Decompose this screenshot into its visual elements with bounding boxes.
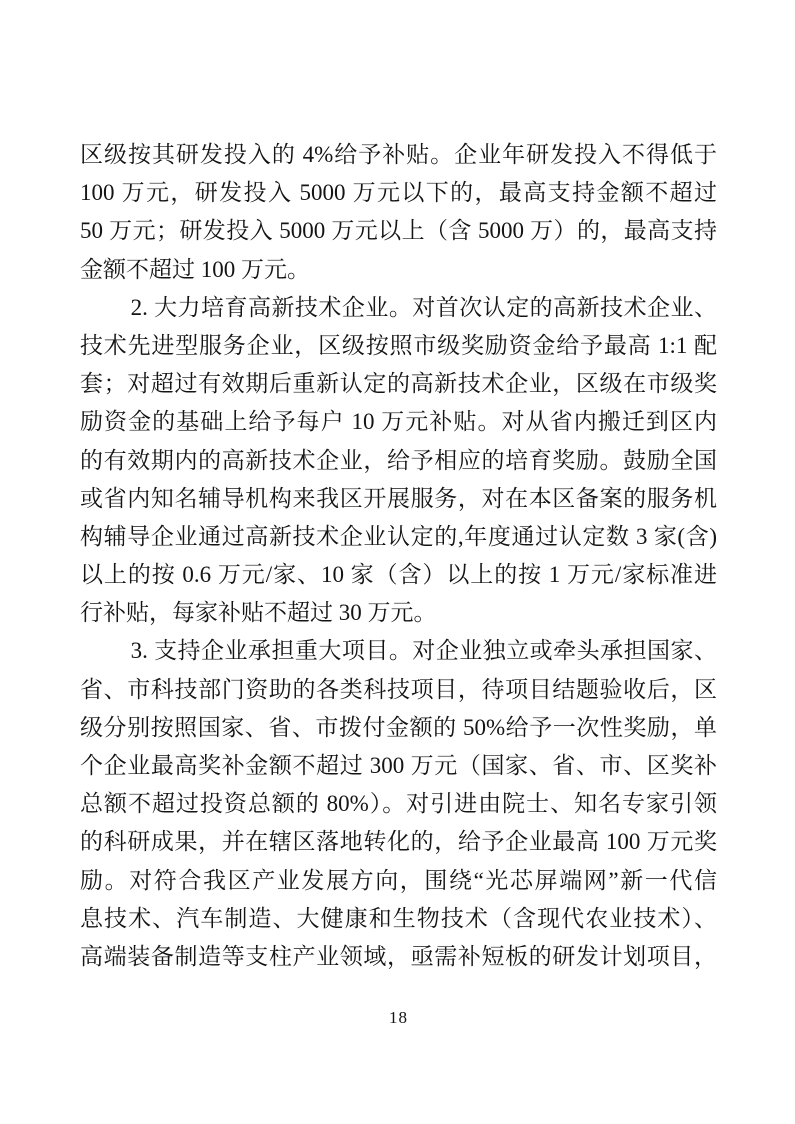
- document-body: 区级按其研发投入的 4%给予补贴。企业年研发投入不得低于 100 万元，研发投入…: [80, 136, 717, 976]
- text-line: 励。对符合我区产业发展方向，围绕“光芯屏端网”新一代信: [80, 862, 717, 900]
- paragraph: 3. 支持企业承担重大项目。对企业独立或牵头承担国家、 省、市科技部门资助的各类…: [80, 632, 717, 976]
- text-line: 以上的按 0.6 万元/家、10 家（含）以上的按 1 万元/家标准进: [80, 556, 717, 594]
- text-line: 3. 支持企业承担重大项目。对企业独立或牵头承担国家、: [80, 632, 717, 670]
- text-line: 高端装备制造等支柱产业领域，亟需补短板的研发计划项目，: [80, 938, 717, 976]
- text-line: 2. 大力培育高新技术企业。对首次认定的高新技术企业、: [80, 289, 717, 327]
- text-line: 50 万元；研发投入 5000 万元以上（含 5000 万）的，最高支持: [80, 212, 717, 250]
- text-line: 个企业最高奖补金额不超过 300 万元（国家、省、市、区奖补: [80, 747, 717, 785]
- text-line: 级分别按照国家、省、市拨付金额的 50%给予一次性奖励，单: [80, 709, 717, 747]
- text-line: 的有效期内的高新技术企业，给予相应的培育奖励。鼓励全国: [80, 442, 717, 480]
- text-line: 的科研成果，并在辖区落地转化的，给予企业最高 100 万元奖: [80, 823, 717, 861]
- text-line: 息技术、汽车制造、大健康和生物技术（含现代农业技术）、: [80, 900, 717, 938]
- paragraph: 2. 大力培育高新技术企业。对首次认定的高新技术企业、 技术先进型服务企业，区级…: [80, 289, 717, 633]
- document-page: 区级按其研发投入的 4%给予补贴。企业年研发投入不得低于 100 万元，研发投入…: [0, 0, 795, 1124]
- text-line: 省、市科技部门资助的各类科技项目，待项目结题验收后，区: [80, 671, 717, 709]
- text-line: 金额不超过 100 万元。: [80, 251, 717, 289]
- page-number: 18: [80, 1008, 717, 1028]
- text-line: 励资金的基础上给予每户 10 万元补贴。对从省内搬迁到区内: [80, 403, 717, 441]
- text-line: 技术先进型服务企业，区级按照市级奖励资金给予最高 1:1 配: [80, 327, 717, 365]
- text-line: 构辅导企业通过高新技术企业认定的,年度通过认定数 3 家(含): [80, 518, 717, 556]
- text-line: 行补贴，每家补贴不超过 30 万元。: [80, 594, 717, 632]
- text-line: 100 万元，研发投入 5000 万元以下的，最高支持金额不超过: [80, 174, 717, 212]
- text-line: 总额不超过投资总额的 80%）。对引进由院士、知名专家引领: [80, 785, 717, 823]
- text-line: 或省内知名辅导机构来我区开展服务，对在本区备案的服务机: [80, 480, 717, 518]
- paragraph: 区级按其研发投入的 4%给予补贴。企业年研发投入不得低于 100 万元，研发投入…: [80, 136, 717, 289]
- text-line: 区级按其研发投入的 4%给予补贴。企业年研发投入不得低于: [80, 136, 717, 174]
- text-line: 套；对超过有效期后重新认定的高新技术企业，区级在市级奖: [80, 365, 717, 403]
